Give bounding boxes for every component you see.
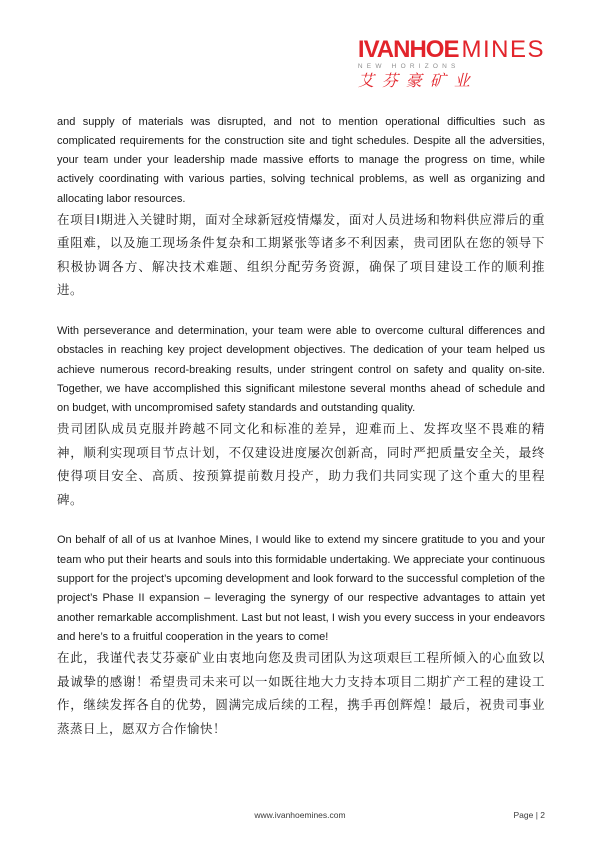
footer: www.ivanhoemines.com Page | 2 bbox=[0, 810, 600, 822]
logo-wordmark: IVANHOEMINES bbox=[358, 38, 545, 62]
logo-wordmark-ivanhoe: IVANHOE bbox=[358, 36, 459, 63]
paragraph-block: With perseverance and determination, you… bbox=[57, 322, 545, 512]
letter-body: and supply of materials was disrupted, a… bbox=[0, 90, 600, 742]
company-logo: IVANHOEMINES NEW HORIZONS 艾芬豪矿业 bbox=[358, 38, 545, 90]
logo-chinese-name: 艾芬豪矿业 bbox=[358, 74, 545, 90]
footer-page-number: Page | 2 bbox=[513, 810, 545, 820]
paragraph-english: With perseverance and determination, you… bbox=[57, 322, 545, 418]
logo-tagline: NEW HORIZONS bbox=[358, 64, 545, 71]
paragraph-english: and supply of materials was disrupted, a… bbox=[57, 113, 545, 209]
paragraph-block: On behalf of all of us at Ivanhoe Mines,… bbox=[57, 531, 545, 741]
paragraph-chinese: 在项目Ⅰ期进入关键时期，面对全球新冠疫情爆发，面对人员进场和物料供应滞后的重重阻… bbox=[57, 209, 545, 303]
paragraph-block: and supply of materials was disrupted, a… bbox=[57, 113, 545, 303]
footer-website: www.ivanhoemines.com bbox=[254, 810, 345, 820]
paragraph-chinese: 在此，我谨代表艾芬豪矿业由衷地向您及贵司团队为这项艰巨工程所倾入的心血致以最诚挚… bbox=[57, 647, 545, 741]
header: IVANHOEMINES NEW HORIZONS 艾芬豪矿业 bbox=[0, 0, 600, 90]
paragraph-chinese: 贵司团队成员克服并跨越不同文化和标准的差异，迎难而上、发挥攻坚不畏难的精神，顺利… bbox=[57, 418, 545, 512]
logo-wordmark-mines: MINES bbox=[461, 36, 545, 63]
letter-page: IVANHOEMINES NEW HORIZONS 艾芬豪矿业 and supp… bbox=[0, 0, 600, 844]
paragraph-english: On behalf of all of us at Ivanhoe Mines,… bbox=[57, 531, 545, 647]
